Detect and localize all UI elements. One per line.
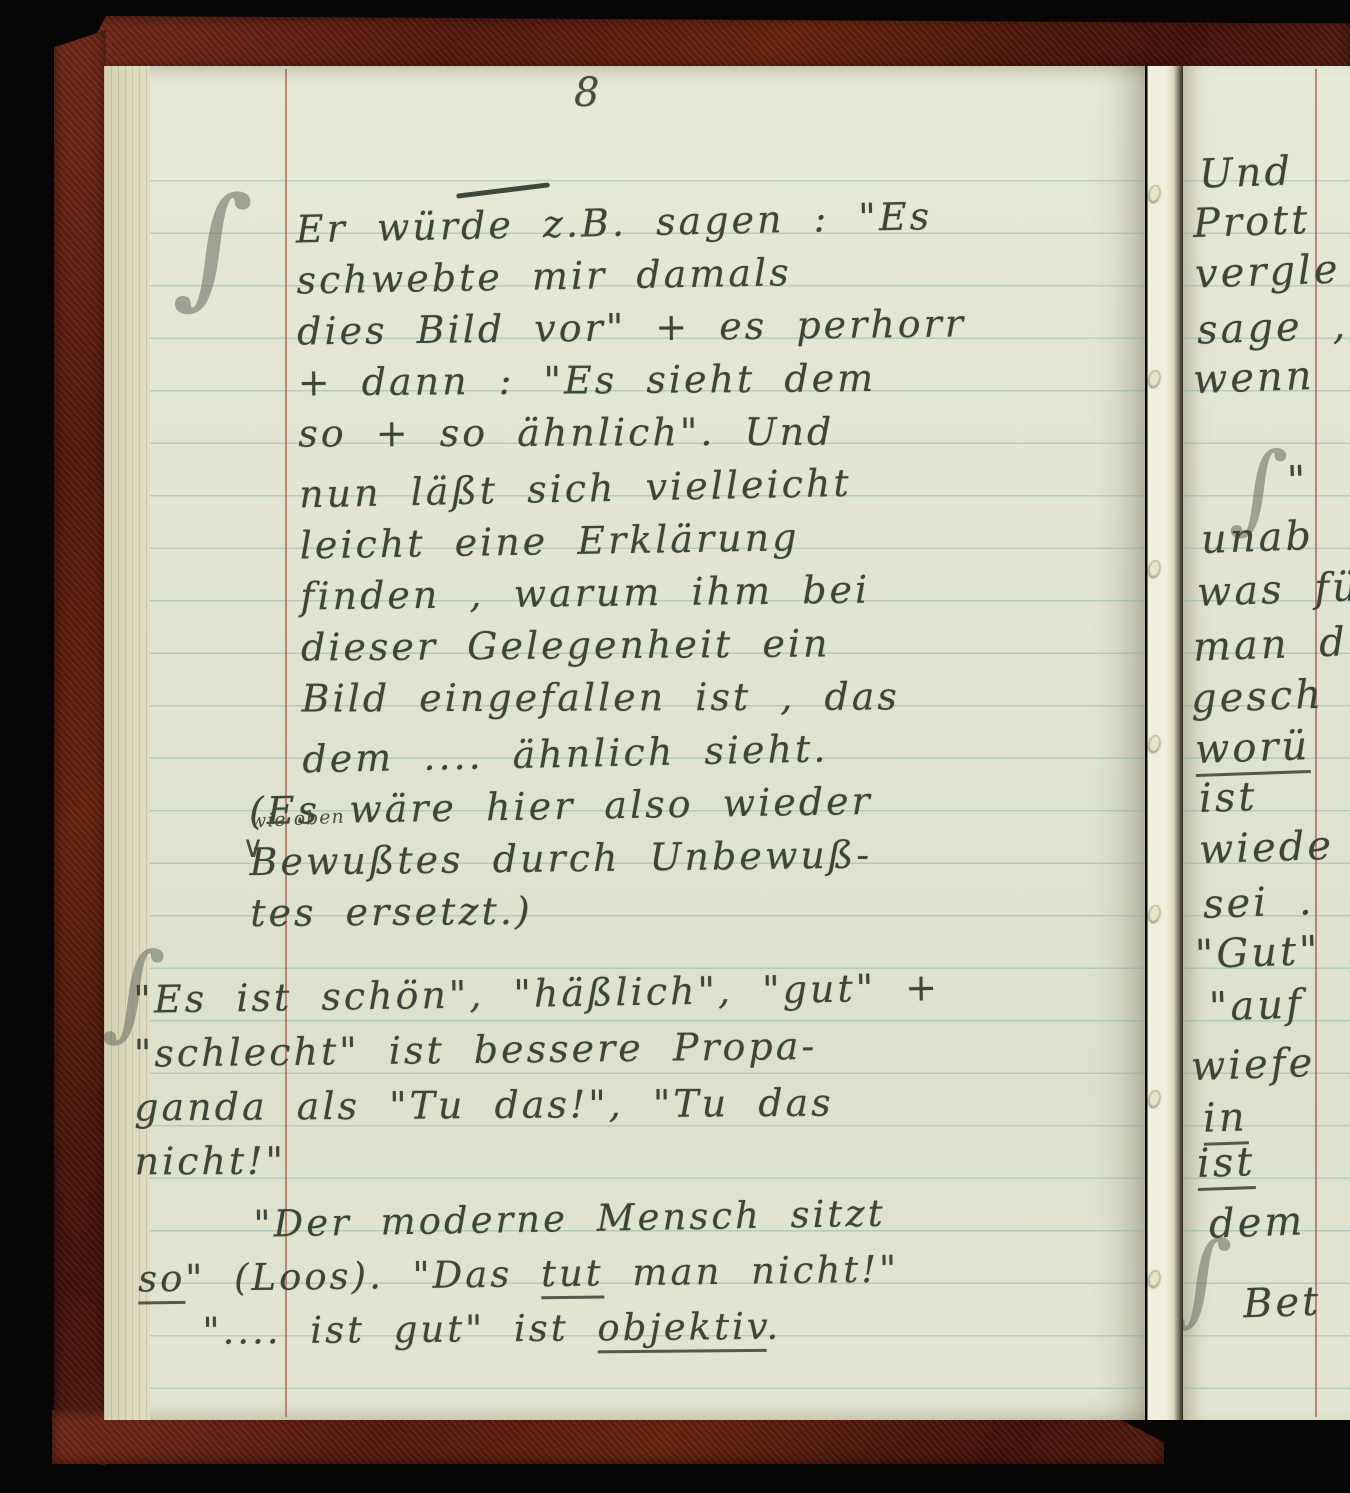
stitch-thread (1147, 904, 1162, 923)
stitch-thread (1147, 559, 1162, 578)
handwritten-text: so + so ähnlich". Und (298, 410, 834, 456)
handwritten-text: Bewußtes durch Unbewuß- (249, 833, 872, 885)
handwritten-text: man nicht!" (603, 1248, 899, 1295)
paragraph-1: Er würde z.B. sagen : "Esschwebte mir da… (296, 189, 1145, 942)
handwritten-fragment: unab (1200, 513, 1315, 563)
stitch-thread (1147, 1269, 1162, 1288)
handwritten-fragment: Prott (1192, 197, 1311, 247)
handwritten-fragment: wiede (1198, 823, 1335, 874)
handwritten-line: tes ersetzt.) (250, 880, 1145, 940)
leather-cover-top (78, 16, 1350, 70)
handwritten-text: tes ersetzt.) (250, 889, 533, 935)
handwritten-text: dem .... ähnlich sieht. (302, 726, 829, 781)
handwritten-line: ganda als "Tu das!", "Tu das (134, 1073, 1134, 1136)
handwritten-text: " (Loos). "Das (185, 1252, 541, 1300)
handwritten-line: "schlecht" ist bessere Propa- (134, 1014, 1135, 1081)
underlined-word: in (1202, 1094, 1248, 1146)
handwritten-line: so + so ähnlich". Und (298, 404, 1145, 460)
handwritten-fragment: ist (1198, 774, 1258, 822)
handwritten-text: dies Bild vor" + es perhorr (297, 301, 966, 353)
handwritten-text: nun läßt sich vielleicht (299, 461, 852, 517)
handwritten-fragment: worü (1194, 723, 1311, 773)
handwritten-fragment: was fü (1196, 564, 1350, 616)
handwritten-fragment: dem (1208, 1198, 1306, 1247)
handwritten-fragment: Bet (1242, 1279, 1322, 1328)
stitch-thread (1147, 1089, 1162, 1108)
handwritten-text: "schlecht" ist bessere Propa- (134, 1024, 818, 1076)
underlined-word: objektiv (597, 1305, 766, 1353)
handwritten-line: dieser Gelegenheit ein (301, 614, 1145, 674)
handwritten-line: finden , warum ihm bei (300, 560, 1145, 624)
handwritten-fragment: "Gut" (1194, 928, 1321, 978)
section-mark-icon: ∫ (171, 175, 256, 318)
leather-cover-spine (54, 30, 106, 1466)
paragraph-3: "Der moderne Mensch sitztso" (Loos). "Da… (137, 1186, 1138, 1360)
page-number: 8 (574, 70, 602, 116)
handwritten-text: . (766, 1305, 781, 1348)
handwritten-fragment: sei . (1202, 878, 1315, 928)
stitch-thread (1147, 184, 1162, 203)
handwritten-fragment: sage , (1196, 302, 1349, 353)
handwritten-text: "Es ist schön", "häßlich", "gut" + (133, 965, 940, 1022)
handwritten-fragment: gesch (1190, 672, 1324, 723)
stitch-thread (1147, 369, 1162, 388)
underlined-word: worü (1194, 723, 1311, 777)
handwritten-fragment: "auf (1208, 981, 1304, 1030)
handwritten-text: ".... ist gut" ist (202, 1306, 597, 1352)
handwritten-text: schwebte mir damals (296, 250, 792, 302)
handwritten-text: + dann : "Es sieht dem (298, 356, 877, 405)
handwritten-fragment: in (1202, 1094, 1248, 1142)
handwritten-text: Bild eingefallen ist , das (302, 674, 900, 720)
handwritten-text: Er würde z.B. sagen : "Es (295, 194, 932, 251)
insertion-caret-icon: ∨ (242, 830, 264, 865)
handwritten-fragment: " (1286, 458, 1309, 505)
handwritten-text: finden , warum ihm bei (300, 568, 870, 619)
left-page: 8 ∫ ∫ Er würde z.B. sagen : "Esschwebte … (104, 66, 1145, 1420)
handwritten-text: leicht eine Erklärung (299, 515, 799, 567)
handwritten-fragment: vergle (1194, 246, 1341, 297)
handwritten-fragment: wiefe (1190, 1040, 1316, 1090)
stitch-thread (1147, 734, 1162, 753)
right-page: ∫ ∫ UndProttverglesage ,wenn"unabwas füm… (1183, 66, 1350, 1420)
notebook-photo: 8 ∫ ∫ Er würde z.B. sagen : "Esschwebte … (0, 0, 1350, 1493)
handwritten-line: + dann : "Es sieht dem (298, 349, 1145, 409)
binding-gutter (1145, 66, 1183, 1420)
handwritten-line: nicht!" (135, 1131, 1135, 1190)
handwritten-fragment: wenn (1192, 353, 1315, 403)
handwritten-line: ".... ist gut" ist objektiv. (138, 1296, 1138, 1360)
handwritten-fragment: Und (1198, 148, 1294, 197)
handwritten-text: ganda als "Tu das!", "Tu das (134, 1081, 834, 1130)
handwritten-text: dieser Gelegenheit ein (301, 621, 831, 669)
paragraph-2: "Es ist schön", "häßlich", "gut" +"schle… (133, 961, 1135, 1192)
handwritten-text: nicht!" (135, 1139, 287, 1183)
handwritten-line: Bild eingefallen ist , das (302, 669, 1145, 725)
handwritten-line: dies Bild vor" + es perhorr (297, 295, 1145, 359)
handwritten-line: Bewußtes durch Unbewuß- (249, 824, 1145, 889)
handwritten-text: "Der moderne Mensch sitzt (253, 1192, 886, 1246)
underlined-word: ist (1196, 1139, 1256, 1191)
handwritten-fragment: man d (1192, 619, 1348, 670)
underlined-word: so (138, 1257, 186, 1305)
underlined-word: tut (541, 1251, 604, 1299)
handwritten-fragment: ist (1196, 1139, 1256, 1187)
